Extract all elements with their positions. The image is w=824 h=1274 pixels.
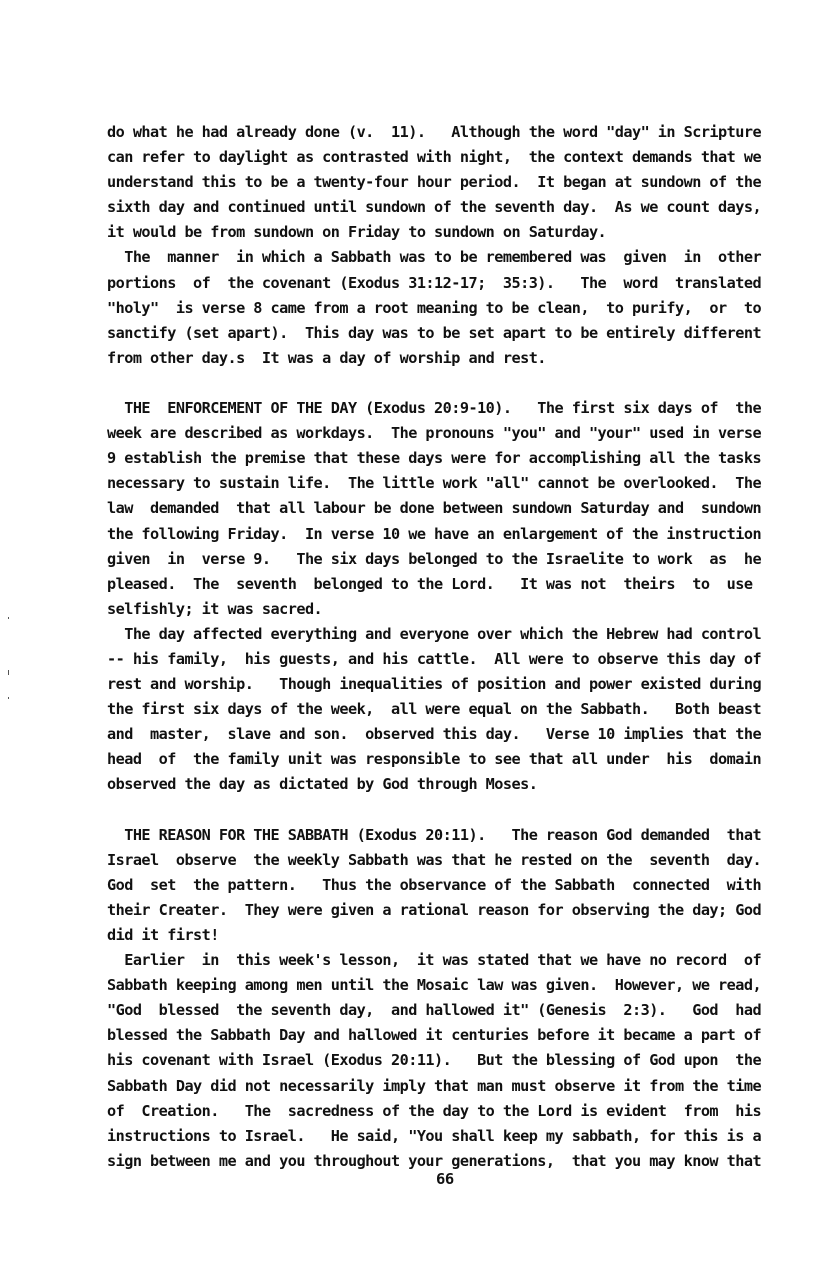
section-enforcement-of-the-day: THE ENFORCEMENT OF THE DAY (Exodus 20:9-… xyxy=(107,396,783,798)
scan-speck xyxy=(8,670,9,675)
text-line: The day affected everything and everyone… xyxy=(107,622,769,647)
text-line: Earlier in this week's lesson, it was st… xyxy=(107,948,769,973)
text-line: "God blessed the seventh day, and hallow… xyxy=(107,998,769,1023)
text-line: week are described as workdays. The pron… xyxy=(107,421,769,446)
section-reason-for-the-sabbath: THE REASON FOR THE SABBATH (Exodus 20:11… xyxy=(107,823,783,1174)
text-line: pleased. The seventh belonged to the Lor… xyxy=(107,572,769,597)
text-line: sanctify (set apart). This day was to be… xyxy=(107,321,769,346)
text-line: did it first! xyxy=(107,923,769,948)
text-line: law demanded that all labour be done bet… xyxy=(107,496,769,521)
text-line: necessary to sustain life. The little wo… xyxy=(107,471,769,496)
paragraph-block-intro: do what he had already done (v. 11). Alt… xyxy=(107,120,783,371)
text-line: portions of the covenant (Exodus 31:12-1… xyxy=(107,271,769,296)
section-heading-line: THE REASON FOR THE SABBATH (Exodus 20:11… xyxy=(107,823,769,848)
text-line: their Creater. They were given a rationa… xyxy=(107,898,769,923)
text-line: selfishly; it was sacred. xyxy=(107,597,769,622)
text-line: instructions to Israel. He said, "You sh… xyxy=(107,1124,769,1149)
text-line: observed the day as dictated by God thro… xyxy=(107,772,769,797)
section-heading-line: THE ENFORCEMENT OF THE DAY (Exodus 20:9-… xyxy=(107,396,769,421)
text-line: head of the family unit was responsible … xyxy=(107,747,769,772)
text-line: and master, slave and son. observed this… xyxy=(107,722,769,747)
text-line: it would be from sundown on Friday to su… xyxy=(107,220,769,245)
text-line: God set the pattern. Thus the observance… xyxy=(107,873,769,898)
text-line: from other day.s It was a day of worship… xyxy=(107,346,769,371)
text-line: do what he had already done (v. 11). Alt… xyxy=(107,120,769,145)
text-line: rest and worship. Though inequalities of… xyxy=(107,672,769,697)
text-line: Sabbath Day did not necessarily imply th… xyxy=(107,1074,769,1099)
section-gap xyxy=(107,371,783,396)
text-line: can refer to daylight as contrasted with… xyxy=(107,145,769,170)
text-line: the first six days of the week, all were… xyxy=(107,697,769,722)
text-line: Sabbath keeping among men until the Mosa… xyxy=(107,973,769,998)
text-line: of Creation. The sacredness of the day t… xyxy=(107,1099,769,1124)
scan-speck xyxy=(8,697,9,699)
text-line: given in verse 9. The six days belonged … xyxy=(107,547,769,572)
text-line: "holy" is verse 8 came from a root meani… xyxy=(107,296,769,321)
section-gap xyxy=(107,798,783,823)
text-line: understand this to be a twenty-four hour… xyxy=(107,170,769,195)
text-line: the following Friday. In verse 10 we hav… xyxy=(107,522,769,547)
scan-speck xyxy=(8,617,9,619)
text-line: sixth day and continued until sundown of… xyxy=(107,195,769,220)
page-number: 66 xyxy=(436,1170,454,1188)
document-page: do what he had already done (v. 11). Alt… xyxy=(107,120,783,1174)
text-line: -- his family, his guests, and his cattl… xyxy=(107,647,769,672)
text-line: Israel observe the weekly Sabbath was th… xyxy=(107,848,769,873)
text-line: 9 establish the premise that these days … xyxy=(107,446,769,471)
text-line: his covenant with Israel (Exodus 20:11).… xyxy=(107,1048,769,1073)
text-line: The manner in which a Sabbath was to be … xyxy=(107,245,769,270)
text-line: blessed the Sabbath Day and hallowed it … xyxy=(107,1023,769,1048)
